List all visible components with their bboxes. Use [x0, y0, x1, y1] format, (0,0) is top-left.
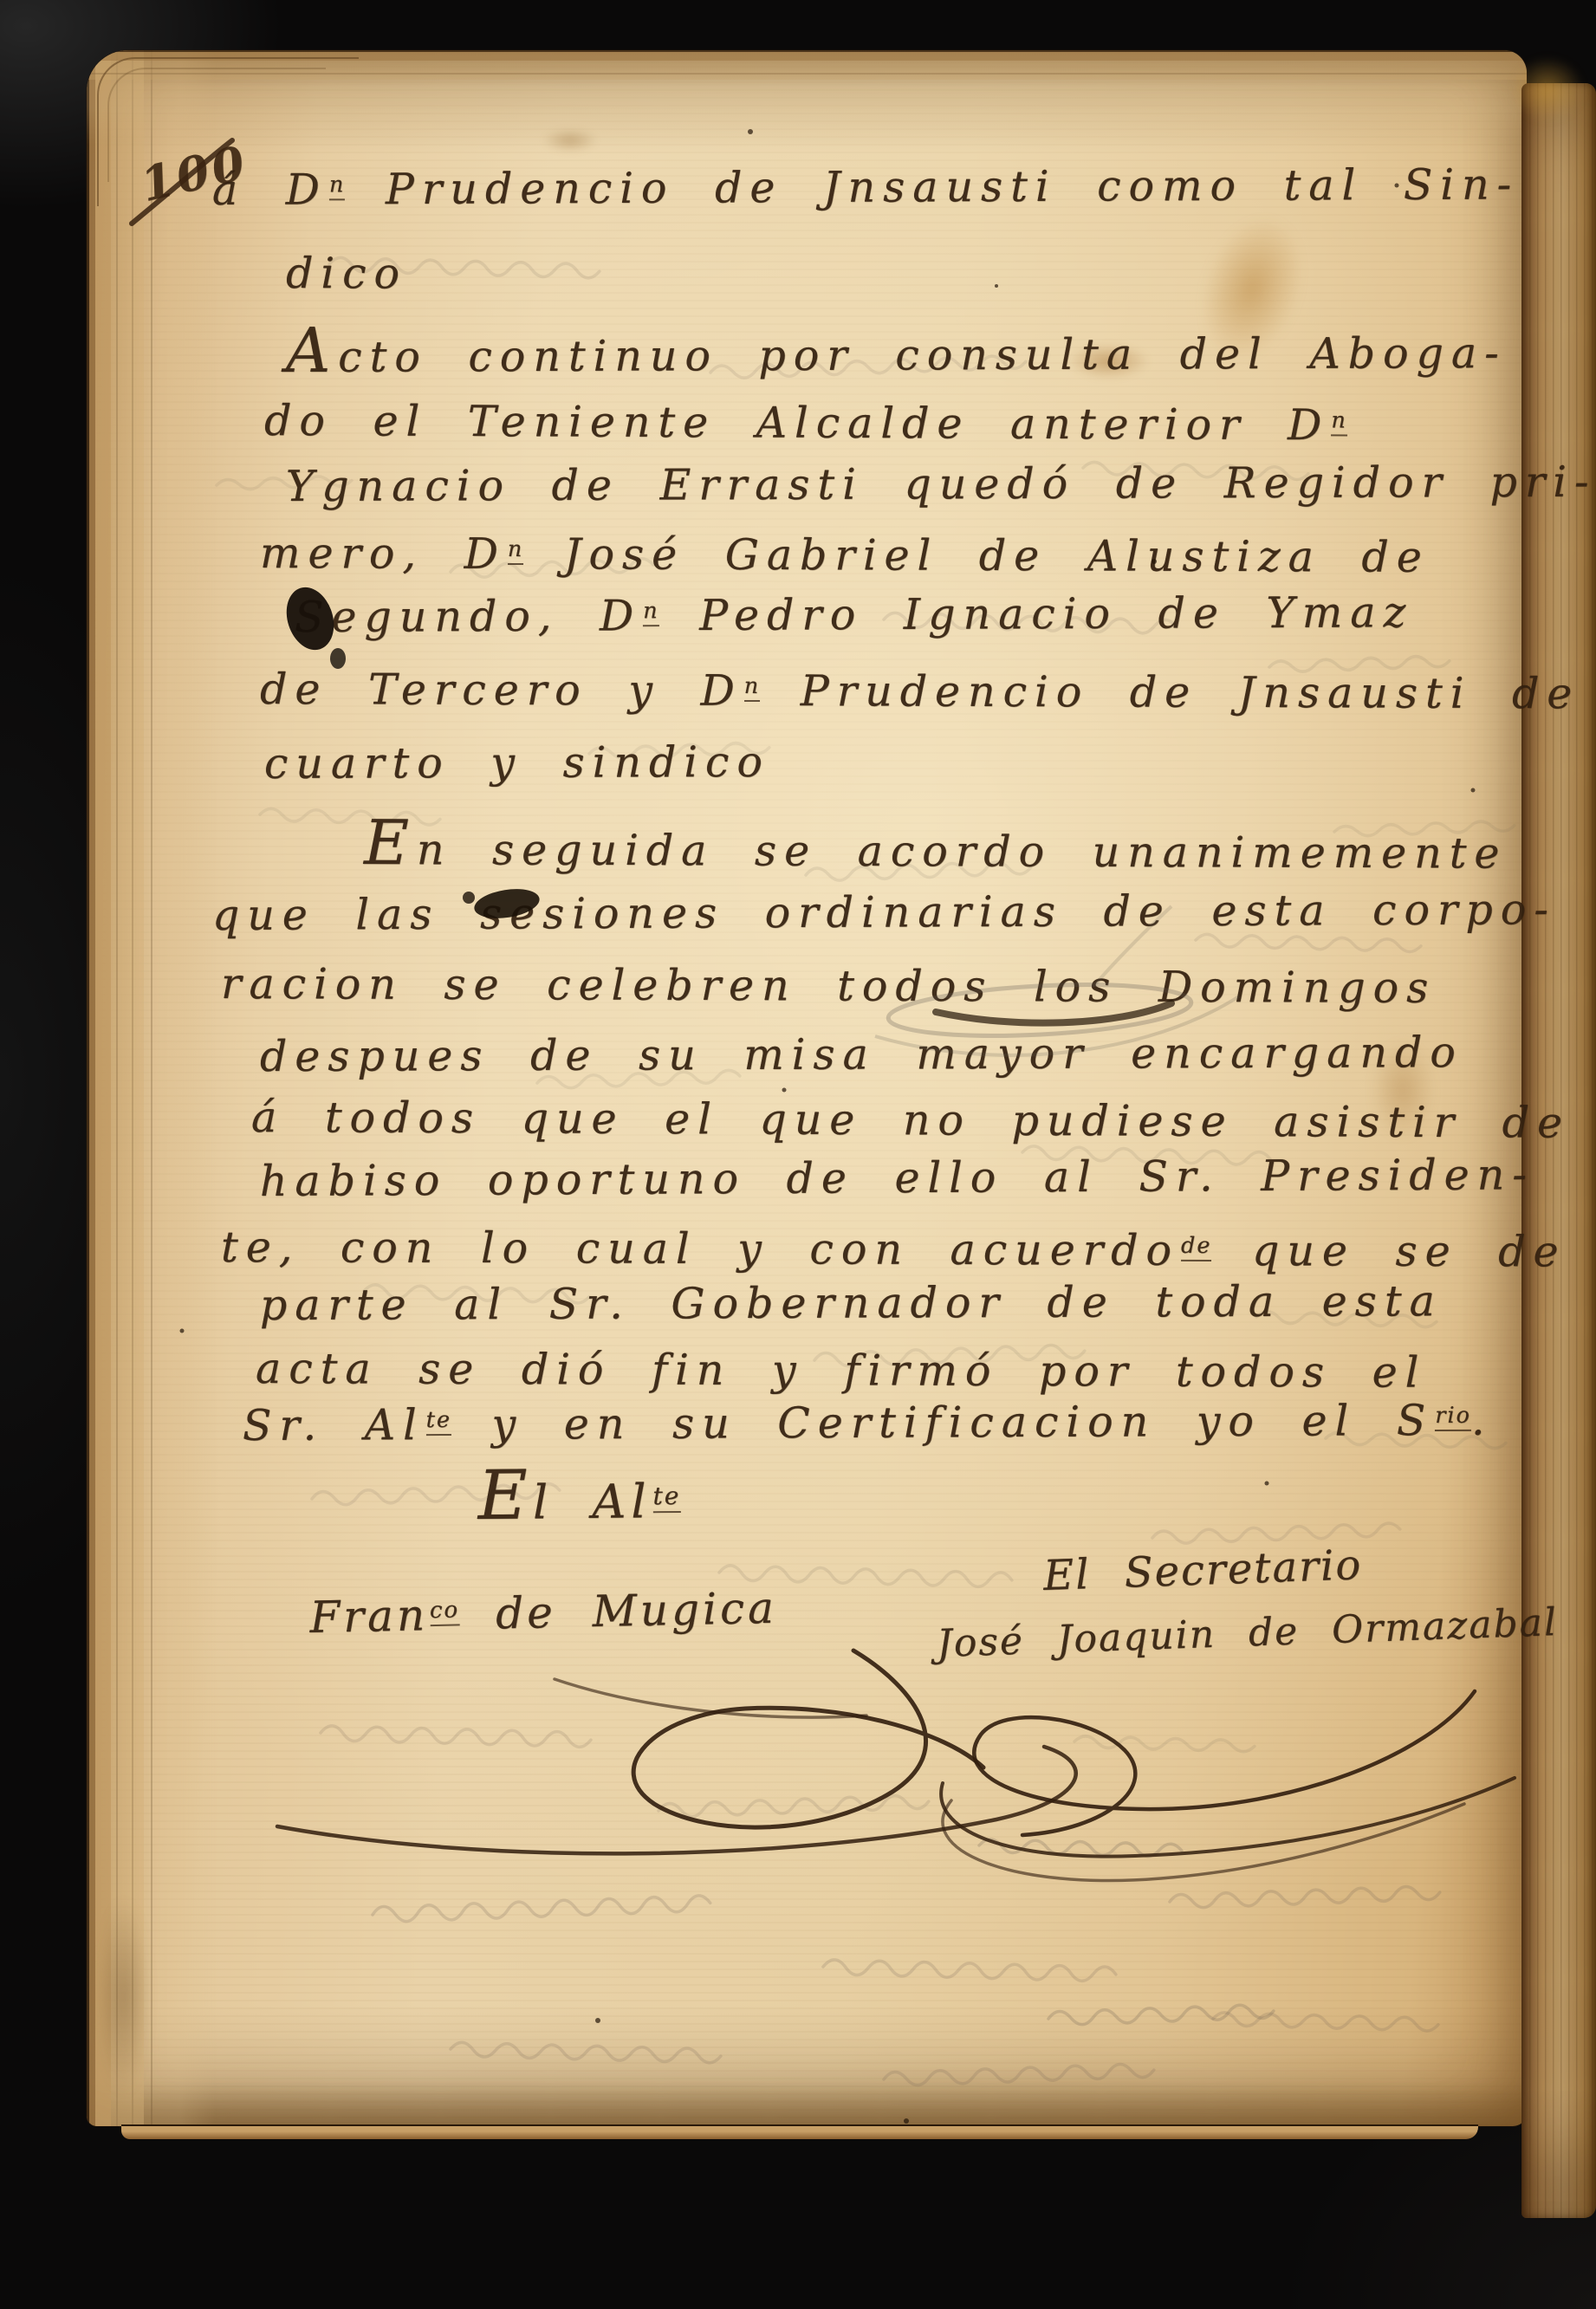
- ink-blot: [279, 581, 346, 669]
- photo-backdrop: 100 á Dn Prudencio de Jnsausti como tal …: [0, 0, 1596, 2309]
- folio-strike-mark: [132, 140, 232, 224]
- ink-specks: [180, 129, 1476, 2124]
- signature-rubric-secretary: [941, 1691, 1515, 1881]
- ink-overlay-layer: [0, 0, 1596, 2309]
- ink-blot: [463, 885, 542, 922]
- pencil-smudge: [875, 906, 1239, 1055]
- domingos-underline: [936, 1003, 1171, 1023]
